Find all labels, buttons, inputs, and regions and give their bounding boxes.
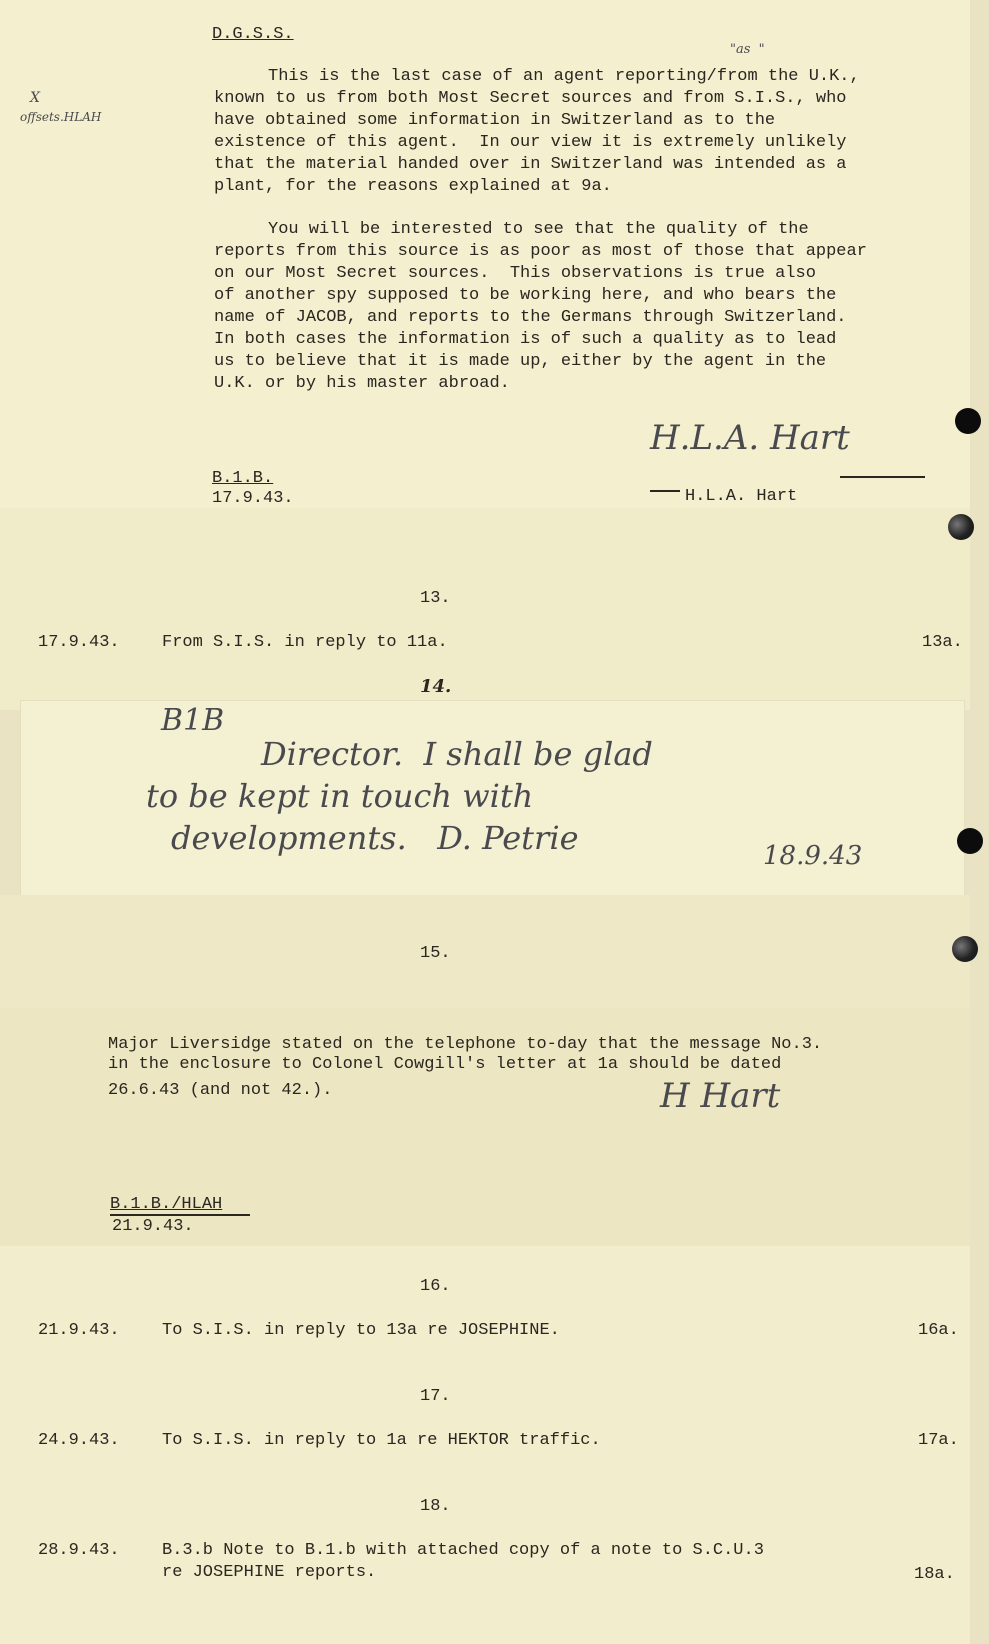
entry-text-line: re JOSEPHINE reports.: [162, 1562, 376, 1584]
entry-text-line: B.3.b Note to B.1.b with attached copy o…: [162, 1540, 764, 1562]
paragraph2-line: reports from this source is as poor as m…: [214, 241, 867, 263]
enclosure-ref: 17a.: [918, 1430, 959, 1452]
entry-text: To S.I.S. in reply to 13a re JOSEPHINE.: [162, 1320, 560, 1342]
enclosure-ref: 18a.: [914, 1564, 955, 1586]
entry-text: From S.I.S. in reply to 11a.: [162, 632, 448, 654]
entry-number-handwritten: 14.: [420, 676, 451, 697]
entry-number: 16.: [420, 1276, 451, 1298]
reference: B.1.B.: [212, 468, 273, 490]
paragraph2-line: In both cases the information is of such…: [214, 329, 836, 351]
paragraph2-line: on our Most Secret sources. This observa…: [214, 263, 816, 285]
handwritten-signature: H.L.A. Hart: [650, 418, 850, 458]
entry-date: 21.9.43.: [38, 1320, 120, 1342]
punch-hole: [948, 514, 974, 540]
reference: B.1.B./HLAH: [110, 1194, 222, 1216]
enclosure-ref: 13a.: [922, 632, 963, 654]
paragraph2-line: us to believe that it is made up, either…: [214, 351, 826, 373]
handwritten-addressee: B1B: [161, 703, 224, 738]
handwritten-signature: H Hart: [660, 1076, 780, 1116]
entry-date: 28.9.43.: [38, 1540, 120, 1562]
enclosure-ref: 16a.: [918, 1320, 959, 1342]
entry-number: 13.: [420, 588, 451, 610]
signatory-dash: [650, 490, 680, 492]
handwritten-note-line: to be kept in touch with: [146, 777, 533, 815]
entry-number: 17.: [420, 1386, 451, 1408]
punch-hole: [957, 828, 983, 854]
paragraph1-line: This is the last case of an agent report…: [268, 66, 860, 88]
handwritten-note-line: Director. I shall be glad: [261, 735, 653, 773]
entry-13-sheet: 13. 17.9.43. From S.I.S. in reply to 11a…: [0, 508, 970, 710]
paragraph2-line: U.K. or by his master abroad.: [214, 373, 510, 395]
minute-sheet-dgss: D.G.S.S. "as " X offsets.HLAH This is th…: [0, 0, 970, 508]
handwritten-date: 18.9.43: [763, 841, 862, 871]
entry-text-line: Major Liversidge stated on the telephone…: [108, 1034, 822, 1056]
entry-text: To S.I.S. in reply to 1a re HEKTOR traff…: [162, 1430, 601, 1452]
margin-note-cross: X: [30, 90, 40, 106]
punch-hole: [955, 408, 981, 434]
entry-15-header-sheet: 15.: [0, 895, 970, 1010]
entry-text-line: in the enclosure to Colonel Cowgill's le…: [108, 1054, 781, 1076]
entry-number: 18.: [420, 1496, 451, 1518]
entry-15-sheet: Major Liversidge stated on the telephone…: [0, 1008, 970, 1248]
minute-date: 17.9.43.: [212, 488, 294, 510]
entry-date: 21.9.43.: [112, 1216, 194, 1238]
addressee-heading: D.G.S.S.: [212, 24, 294, 46]
paragraph1-line: existence of this agent. In our view it …: [214, 132, 847, 154]
signature-underline: [840, 476, 925, 478]
handwritten-insert-marks: "as ": [730, 42, 765, 57]
margin-note-initials: offsets.HLAH: [20, 110, 101, 124]
paragraph2-line: You will be interested to see that the q…: [268, 219, 809, 241]
entry-date: 17.9.43.: [38, 632, 120, 654]
paragraph2-line: of another spy supposed to be working he…: [214, 285, 836, 307]
entries-16-18-sheet: 16. 21.9.43. To S.I.S. in reply to 13a r…: [0, 1246, 970, 1644]
paragraph1-line: have obtained some information in Switze…: [214, 110, 775, 132]
signatory-name: H.L.A. Hart: [685, 486, 797, 508]
punch-hole: [952, 936, 978, 962]
paragraph1-line: that the material handed over in Switzer…: [214, 154, 847, 176]
entry-14-handwritten-slip: B1B Director. I shall be glad to be kept…: [20, 700, 965, 896]
entry-date: 24.9.43.: [38, 1430, 120, 1452]
paragraph2-line: name of JACOB, and reports to the German…: [214, 307, 847, 329]
entry-text-line: 26.6.43 (and not 42.).: [108, 1080, 332, 1102]
paragraph1-line: known to us from both Most Secret source…: [214, 88, 847, 110]
handwritten-note-line: developments. D. Petrie: [171, 819, 579, 857]
paragraph1-line: plant, for the reasons explained at 9a.: [214, 176, 612, 198]
entry-number: 15.: [420, 943, 451, 965]
